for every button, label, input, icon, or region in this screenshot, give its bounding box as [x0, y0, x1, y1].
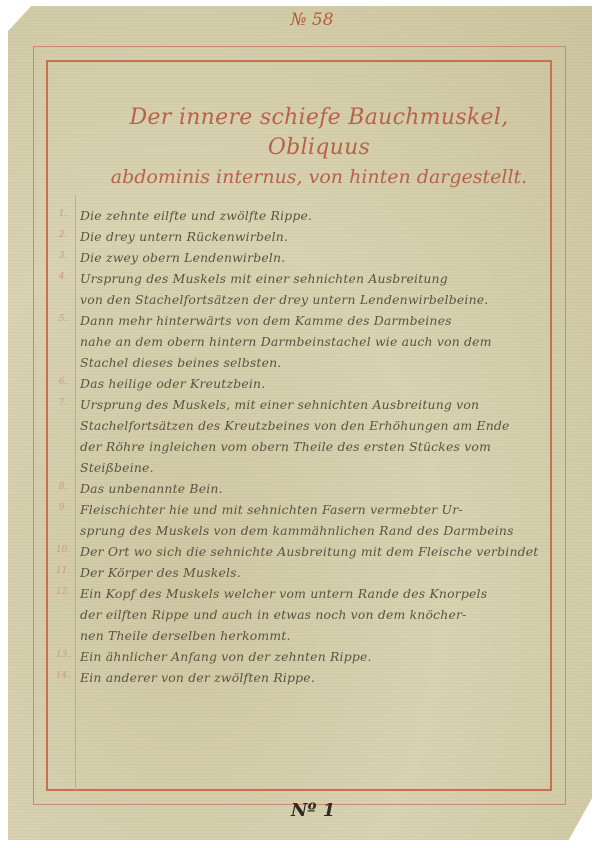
item-text-line: Ein anderer von der zwölften Rippe.: [80, 667, 552, 688]
item-text-line: Ursprung des Muskels, mit einer sehnicht…: [80, 394, 552, 415]
item-text-line: Steißbeine.: [80, 457, 552, 478]
item-text-line: Die zehnte eilfte und zwölfte Rippe.: [80, 205, 552, 226]
item-text-line: sprung des Muskels von dem kammähnlichen…: [80, 520, 552, 541]
legend-item: 10.Der Ort wo sich die sehnichte Ausbrei…: [52, 541, 552, 562]
item-number: 8.: [52, 478, 74, 499]
page-title: Der innere schiefe Bauchmuskel, Obliquus…: [84, 103, 554, 191]
item-number: 13.: [52, 646, 74, 667]
item-number: 1.: [52, 205, 74, 226]
legend-item: 8.Das unbenannte Bein.: [52, 478, 552, 499]
item-text-line: Der Körper des Muskels.: [80, 562, 552, 583]
signature-mark: Nº 1: [283, 800, 343, 830]
legend-item: 1.Die zehnte eilfte und zwölfte Rippe.: [52, 205, 552, 226]
legend-item: 6.Das heilige oder Kreutzbein.: [52, 373, 552, 394]
legend-item: 14.Ein anderer von der zwölften Rippe.: [52, 667, 552, 688]
legend-item: 5.Dann mehr hinterwärts von dem Kamme de…: [52, 310, 552, 373]
item-number: 6.: [52, 373, 74, 394]
item-text-line: Die drey untern Rückenwirbeln.: [80, 226, 552, 247]
item-text-line: der Röhre ingleichen vom obern Theile de…: [80, 436, 552, 457]
item-number: 12.: [52, 583, 74, 646]
title-line-2: abdominis internus, von hinten dargestel…: [84, 163, 554, 191]
item-text-line: Das unbenannte Bein.: [80, 478, 552, 499]
legend-item: 12.Ein Kopf des Muskels welcher vom unte…: [52, 583, 552, 646]
item-number: 7.: [52, 394, 74, 478]
legend-item: 9.Fleischichter hie und mit sehnichten F…: [52, 499, 552, 541]
item-text-line: Das heilige oder Kreutzbein.: [80, 373, 552, 394]
item-number: 5.: [52, 310, 74, 373]
item-text-line: Ein ähnlicher Anfang von der zehnten Rip…: [80, 646, 552, 667]
legend-item: 7.Ursprung des Muskels, mit einer sehnic…: [52, 394, 552, 478]
legend-item: 2.Die drey untern Rückenwirbeln.: [52, 226, 552, 247]
item-text-line: nen Theile derselben herkommt.: [80, 625, 552, 646]
item-number: 10.: [52, 541, 74, 562]
item-text-line: Die zwey obern Lendenwirbeln.: [80, 247, 552, 268]
item-text-line: Der Ort wo sich die sehnichte Ausbreitun…: [80, 541, 552, 562]
item-text-line: Stachel dieses beines selbsten.: [80, 352, 552, 373]
item-text-line: Ein Kopf des Muskels welcher vom untern …: [80, 583, 552, 604]
numbered-legend-list: 1.Die zehnte eilfte und zwölfte Rippe.2.…: [52, 205, 552, 688]
item-number: 9.: [52, 499, 74, 541]
title-line-1: Der innere schiefe Bauchmuskel, Obliquus: [84, 103, 554, 163]
legend-item: 3.Die zwey obern Lendenwirbeln.: [52, 247, 552, 268]
legend-item: 4.Ursprung des Muskels mit einer sehnich…: [52, 268, 552, 310]
legend-item: 11.Der Körper des Muskels.: [52, 562, 552, 583]
item-text-line: von den Stachelfortsätzen der drey unter…: [80, 289, 552, 310]
legend-item: 13.Ein ähnlicher Anfang von der zehnten …: [52, 646, 552, 667]
item-text-line: Dann mehr hinterwärts von dem Kamme des …: [80, 310, 552, 331]
item-number: 4.: [52, 268, 74, 310]
folio-number: № 58: [272, 10, 352, 36]
item-number: 3.: [52, 247, 74, 268]
item-text-line: Ursprung des Muskels mit einer sehnichte…: [80, 268, 552, 289]
item-number: 2.: [52, 226, 74, 247]
item-number: 14.: [52, 667, 74, 688]
item-text-line: Stachelfortsätzen des Kreutzbeines von d…: [80, 415, 552, 436]
item-number: 11.: [52, 562, 74, 583]
item-text-line: nahe an dem obern hintern Darmbeinstache…: [80, 331, 552, 352]
item-text-line: der eilften Rippe und auch in etwas noch…: [80, 604, 552, 625]
item-text-line: Fleischichter hie und mit sehnichten Fas…: [80, 499, 552, 520]
